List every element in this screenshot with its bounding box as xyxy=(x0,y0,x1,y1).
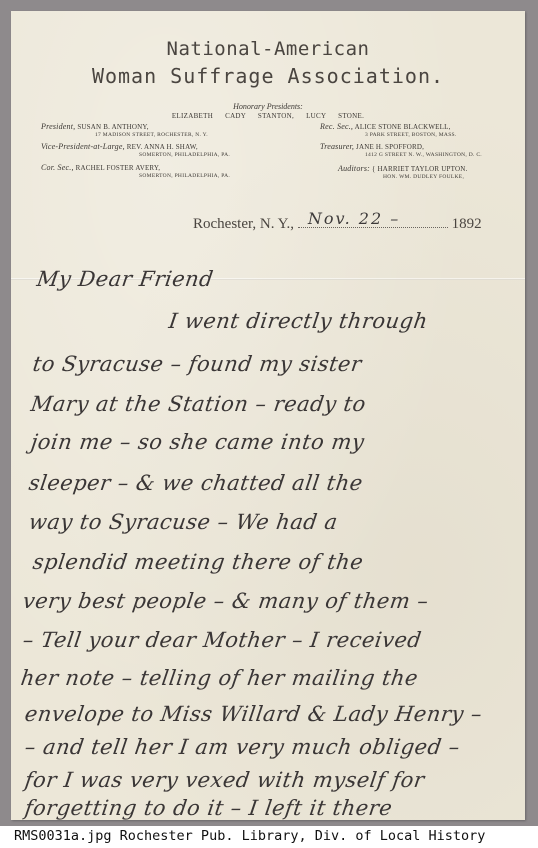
officer-address: SOMERTON, PHILADELPHIA, PA. xyxy=(139,173,230,179)
letter-page: National-American Woman Suffrage Associa… xyxy=(11,11,525,820)
officer-corresponding-secretary: Cor. Sec., RACHEL FOSTER AVERY, SOMERTON… xyxy=(41,163,160,172)
officer-name: ALICE STONE BLACKWELL, xyxy=(355,123,451,131)
officer-vice-president: Vice-President-at-Large, REV. ANNA H. SH… xyxy=(41,142,198,151)
officer-name: JANE H. SPOFFORD, xyxy=(356,143,424,151)
letter-line-salutation: My Dear Friend xyxy=(9,267,538,291)
letterhead-title-line2: Woman Suffrage Association. xyxy=(11,64,525,88)
letter-line: envelope to Miss Willard & Lady Henry – xyxy=(9,702,538,726)
officer-address: 1412 G STREET N. W., WASHINGTON, D. C. xyxy=(365,152,482,158)
image-caption: RMS0031a.jpg Rochester Pub. Library, Div… xyxy=(0,826,538,848)
officer-name: SUSAN B. ANTHONY, xyxy=(77,123,148,131)
officer-role: Cor. Sec., xyxy=(41,163,74,172)
officer-address: SOMERTON, PHILADELPHIA, PA. xyxy=(139,152,230,158)
officer-role: Rec. Sec., xyxy=(320,122,353,131)
letter-line: I went directly through xyxy=(9,309,538,333)
letter-line: join me – so she came into my xyxy=(9,430,538,454)
dateline-year: 1892 xyxy=(452,216,482,232)
officer-address: 3 PARK STREET, BOSTON, MASS. xyxy=(365,132,457,138)
letter-line: way to Syracuse – We had a xyxy=(9,510,538,534)
letter-line: forgetting to do it – I left it there xyxy=(9,796,538,820)
officer-president: President, SUSAN B. ANTHONY, 17 MADISON … xyxy=(41,122,149,131)
officer-name: { HARRIET TAYLOR UPTON. xyxy=(372,165,467,173)
letterhead-title-line1: National-American xyxy=(11,38,525,60)
letter-line: to Syracuse – found my sister xyxy=(9,352,538,376)
letter-line: for I was very vexed with myself for xyxy=(9,768,538,792)
letter-line: sleeper – & we chatted all the xyxy=(9,471,538,495)
dateline-place: Rochester, N. Y., xyxy=(193,216,294,232)
letter-line: – Tell your dear Mother – I received xyxy=(9,628,538,652)
date-fill-line: Nov. 22 – xyxy=(298,215,448,228)
handwritten-date: Nov. 22 – xyxy=(308,209,400,228)
officer-address: 17 MADISON STREET, ROCHESTER, N. Y. xyxy=(95,132,208,138)
letter-line: – and tell her I am very much obliged – xyxy=(9,735,538,759)
dateline: Rochester, N. Y., Nov. 22 – 1892 xyxy=(193,215,482,233)
officer-recording-secretary: Rec. Sec., ALICE STONE BLACKWELL, 3 PARK… xyxy=(320,122,451,131)
officer-role: Vice-President-at-Large, xyxy=(41,142,125,151)
officer-role: President, xyxy=(41,122,75,131)
officer-name: REV. ANNA H. SHAW, xyxy=(127,143,198,151)
letter-line: splendid meeting there of the xyxy=(9,550,538,574)
letter-line: her note – telling of her mailing the xyxy=(9,666,536,690)
officer-role: Treasurer, xyxy=(320,142,354,151)
letter-line: Mary at the Station – ready to xyxy=(9,392,538,416)
officer-treasurer: Treasurer, JANE H. SPOFFORD, 1412 G STRE… xyxy=(320,142,424,151)
honorary-presidents-label: Honorary Presidents: xyxy=(11,102,525,111)
officer-name: RACHEL FOSTER AVERY, xyxy=(76,164,161,172)
officer-auditors: Auditors: { HARRIET TAYLOR UPTON. HON. W… xyxy=(338,164,467,173)
officer-address: HON. WM. DUDLEY FOULKE, xyxy=(383,174,464,180)
honorary-presidents-names: ELIZABETH CADY STANTON, LUCY STONE. xyxy=(11,112,525,120)
letter-line: very best people – & many of them – xyxy=(9,589,538,613)
officer-role: Auditors: xyxy=(338,164,370,173)
